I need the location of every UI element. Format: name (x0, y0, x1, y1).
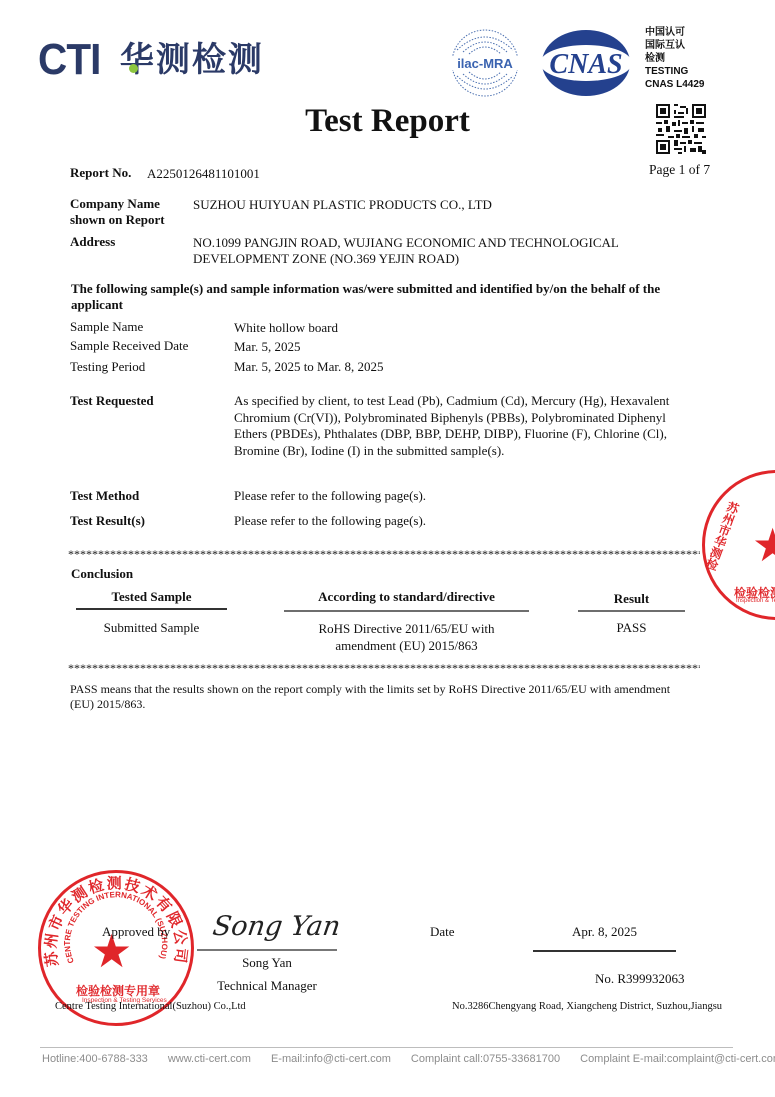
company-label: Company Name shown on Report (70, 196, 165, 228)
footer-complaint-call: Complaint call:0755-33681700 (411, 1053, 560, 1065)
page-indicator: Page 1 of 7 (649, 162, 710, 178)
report-no-label: Report No. (70, 165, 131, 181)
column-header-tested-sample: Tested Sample (76, 589, 227, 605)
stamp-edge-star-icon: ★ (752, 518, 775, 572)
date-label: Date (430, 924, 455, 940)
logo-chinese: 华测检测 (120, 38, 264, 82)
signer-role: Technical Manager (197, 978, 337, 994)
column-header-result: Result (578, 591, 685, 607)
sample-info-intro: The following sample(s) and sample infor… (71, 281, 711, 313)
signer-company: Centre Testing International(Suzhou) Co.… (55, 1001, 246, 1012)
test-requested-value: As specified by client, to test Lead (Pb… (234, 393, 669, 459)
column-rule-result (578, 610, 685, 612)
svg-text:ilac-MRA: ilac-MRA (457, 56, 513, 71)
stamp-edge: ★ 检验检测专用章 Inspection & Testing Services … (700, 470, 775, 622)
column-rule-tested-sample (76, 608, 227, 610)
address-label: Address (70, 234, 115, 250)
cnas-accreditation-text: 中国认可 国际互认 检测 TESTING CNAS L4429 (645, 26, 704, 91)
cnas-logo-icon: CNAS (540, 28, 632, 98)
test-results-label: Test Result(s) (70, 513, 145, 529)
signer-name: Song Yan (197, 955, 337, 971)
sample-received-date-value: Mar. 5, 2025 (234, 339, 300, 355)
footer-complaint-email[interactable]: Complaint E-mail:complaint@cti-cert.com (580, 1053, 775, 1065)
conclusion-heading: Conclusion (71, 566, 133, 582)
test-method-label: Test Method (70, 488, 139, 504)
signature-line (197, 949, 337, 951)
cell-result: PASS (578, 619, 685, 636)
ilac-mra-logo-icon: ilac-MRA (445, 28, 525, 98)
company-address: No.3286Chengyang Road, Xiangcheng Distri… (452, 1001, 722, 1012)
page-title: Test Report (0, 103, 775, 140)
cell-tested-sample: Submitted Sample (76, 619, 227, 636)
logo-green-dot (129, 64, 138, 73)
cell-standard: RoHS Directive 2011/65/EU with amendment… (284, 620, 529, 654)
column-rule-standard (284, 610, 529, 612)
column-header-standard: According to standard/directive (284, 589, 529, 605)
company-name: SUZHOU HUIYUAN PLASTIC PRODUCTS CO., LTD (193, 197, 492, 213)
certificate-number: No. R399932063 (595, 971, 685, 987)
svg-text:CNAS: CNAS (549, 49, 622, 80)
logo-latin: CTI (38, 38, 100, 82)
cti-logo: CTI 华测检测 (38, 32, 264, 82)
testing-period-label: Testing Period (70, 359, 145, 375)
date-line (533, 950, 676, 952)
address-value: NO.1099 PANGJIN ROAD, WUJIANG ECONOMIC A… (193, 235, 619, 267)
testing-period-value: Mar. 5, 2025 to Mar. 8, 2025 (234, 359, 384, 375)
footer-website[interactable]: www.cti-cert.com (168, 1053, 251, 1065)
footer: Hotline:400-6788-333 www.cti-cert.com E-… (42, 1053, 742, 1065)
test-method-value: Please refer to the following page(s). (234, 488, 426, 504)
test-requested-label: Test Requested (70, 393, 154, 409)
sample-received-date-label: Sample Received Date (70, 338, 188, 354)
svg-text:Song Yan: Song Yan (211, 911, 340, 942)
separator-bottom: ****************************************… (68, 661, 700, 676)
handwritten-signature: Song Yan (210, 905, 340, 949)
conclusion-note: PASS means that the results shown on the… (70, 682, 710, 712)
footer-email[interactable]: E-mail:info@cti-cert.com (271, 1053, 391, 1065)
test-results-value: Please refer to the following page(s). (234, 513, 426, 529)
footer-hotline: Hotline:400-6788-333 (42, 1053, 148, 1065)
approved-by-label: Approved by (102, 924, 170, 940)
separator-top: ****************************************… (68, 547, 700, 562)
sample-name-label: Sample Name (70, 319, 143, 335)
sample-name-value: White hollow board (234, 320, 338, 336)
footer-rule (40, 1047, 733, 1048)
stamp-edge-english: Inspection & Testing Services (736, 598, 775, 604)
date-value: Apr. 8, 2025 (533, 924, 676, 940)
report-no-value: A2250126481101001 (147, 166, 260, 182)
